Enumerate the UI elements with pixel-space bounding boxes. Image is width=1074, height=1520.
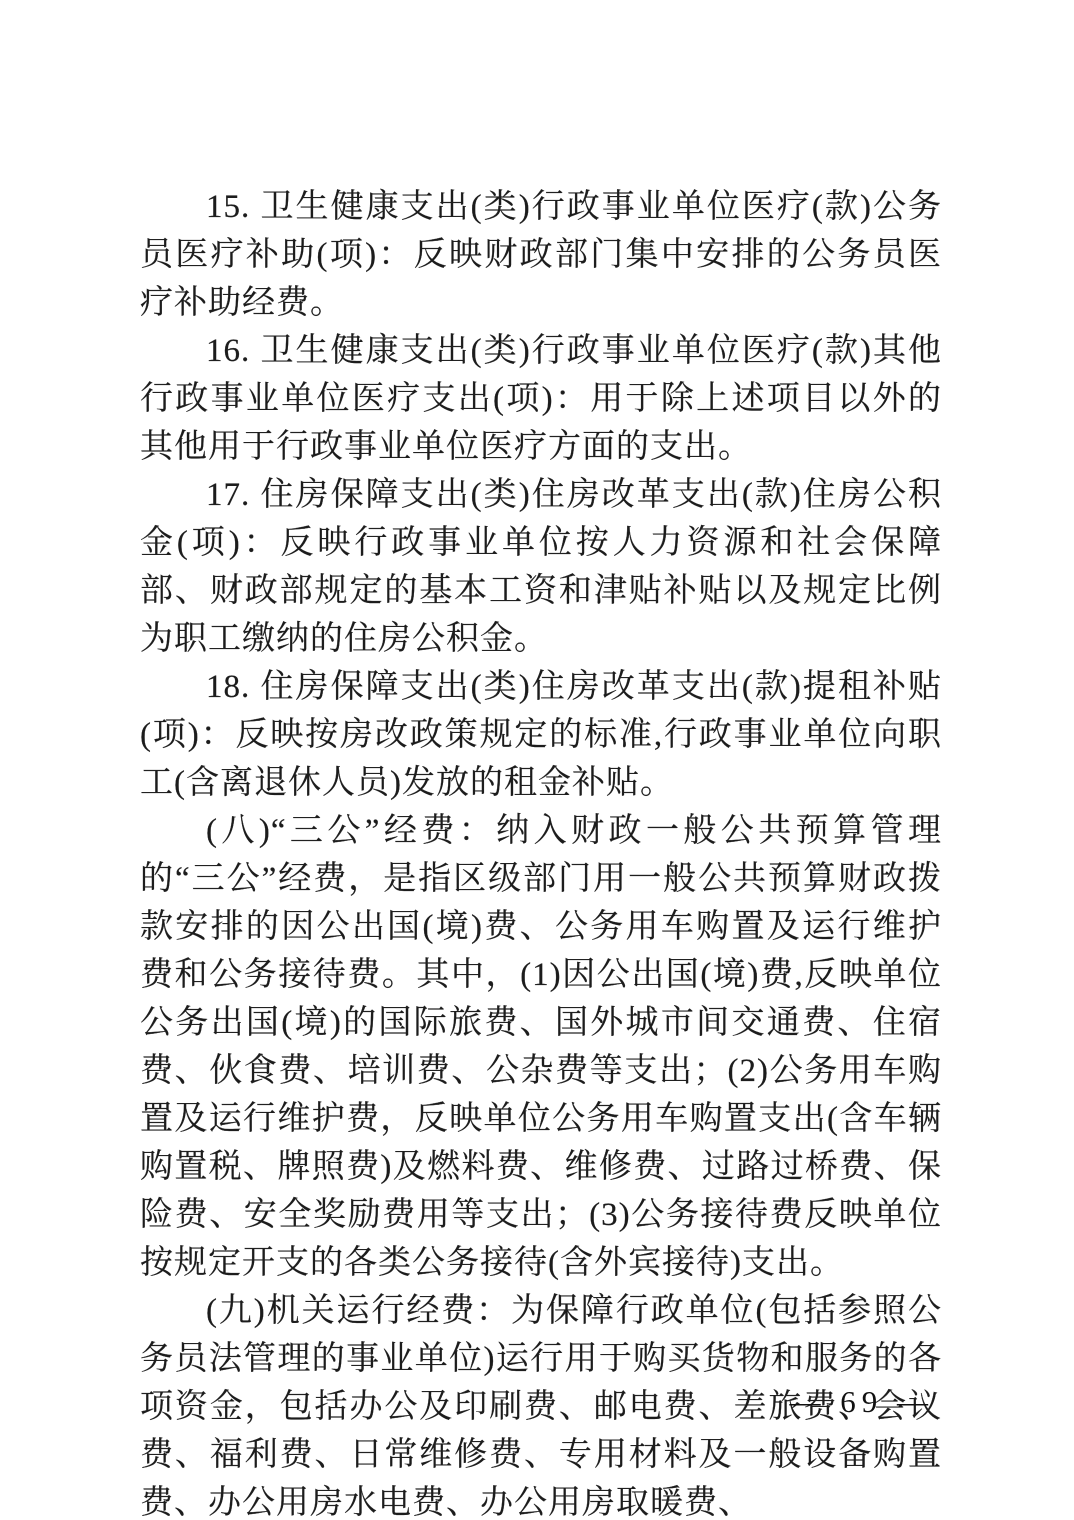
paragraph: 15. 卫生健康支出(类)行政事业单位医疗(款)公务员医疗补助(项)：反映财政部… — [140, 183, 942, 327]
document-body: 15. 卫生健康支出(类)行政事业单位医疗(款)公务员医疗补助(项)：反映财政部… — [140, 183, 942, 1520]
paragraph: 16. 卫生健康支出(类)行政事业单位医疗(款)其他行政事业单位医疗支出(项)：… — [140, 327, 942, 471]
document-page: 15. 卫生健康支出(类)行政事业单位医疗(款)公务员医疗补助(项)：反映财政部… — [0, 0, 1074, 1520]
page-number: — 69 — — [790, 1384, 935, 1420]
paragraph: 18. 住房保障支出(类)住房改革支出(款)提租补贴(项)：反映按房改政策规定的… — [140, 663, 942, 807]
paragraph: 17. 住房保障支出(类)住房改革支出(款)住房公积金(项)：反映行政事业单位按… — [140, 471, 942, 663]
paragraph: (八)“三公”经费：纳入财政一般公共预算管理的“三公”经费，是指区级部门用一般公… — [140, 807, 942, 1287]
